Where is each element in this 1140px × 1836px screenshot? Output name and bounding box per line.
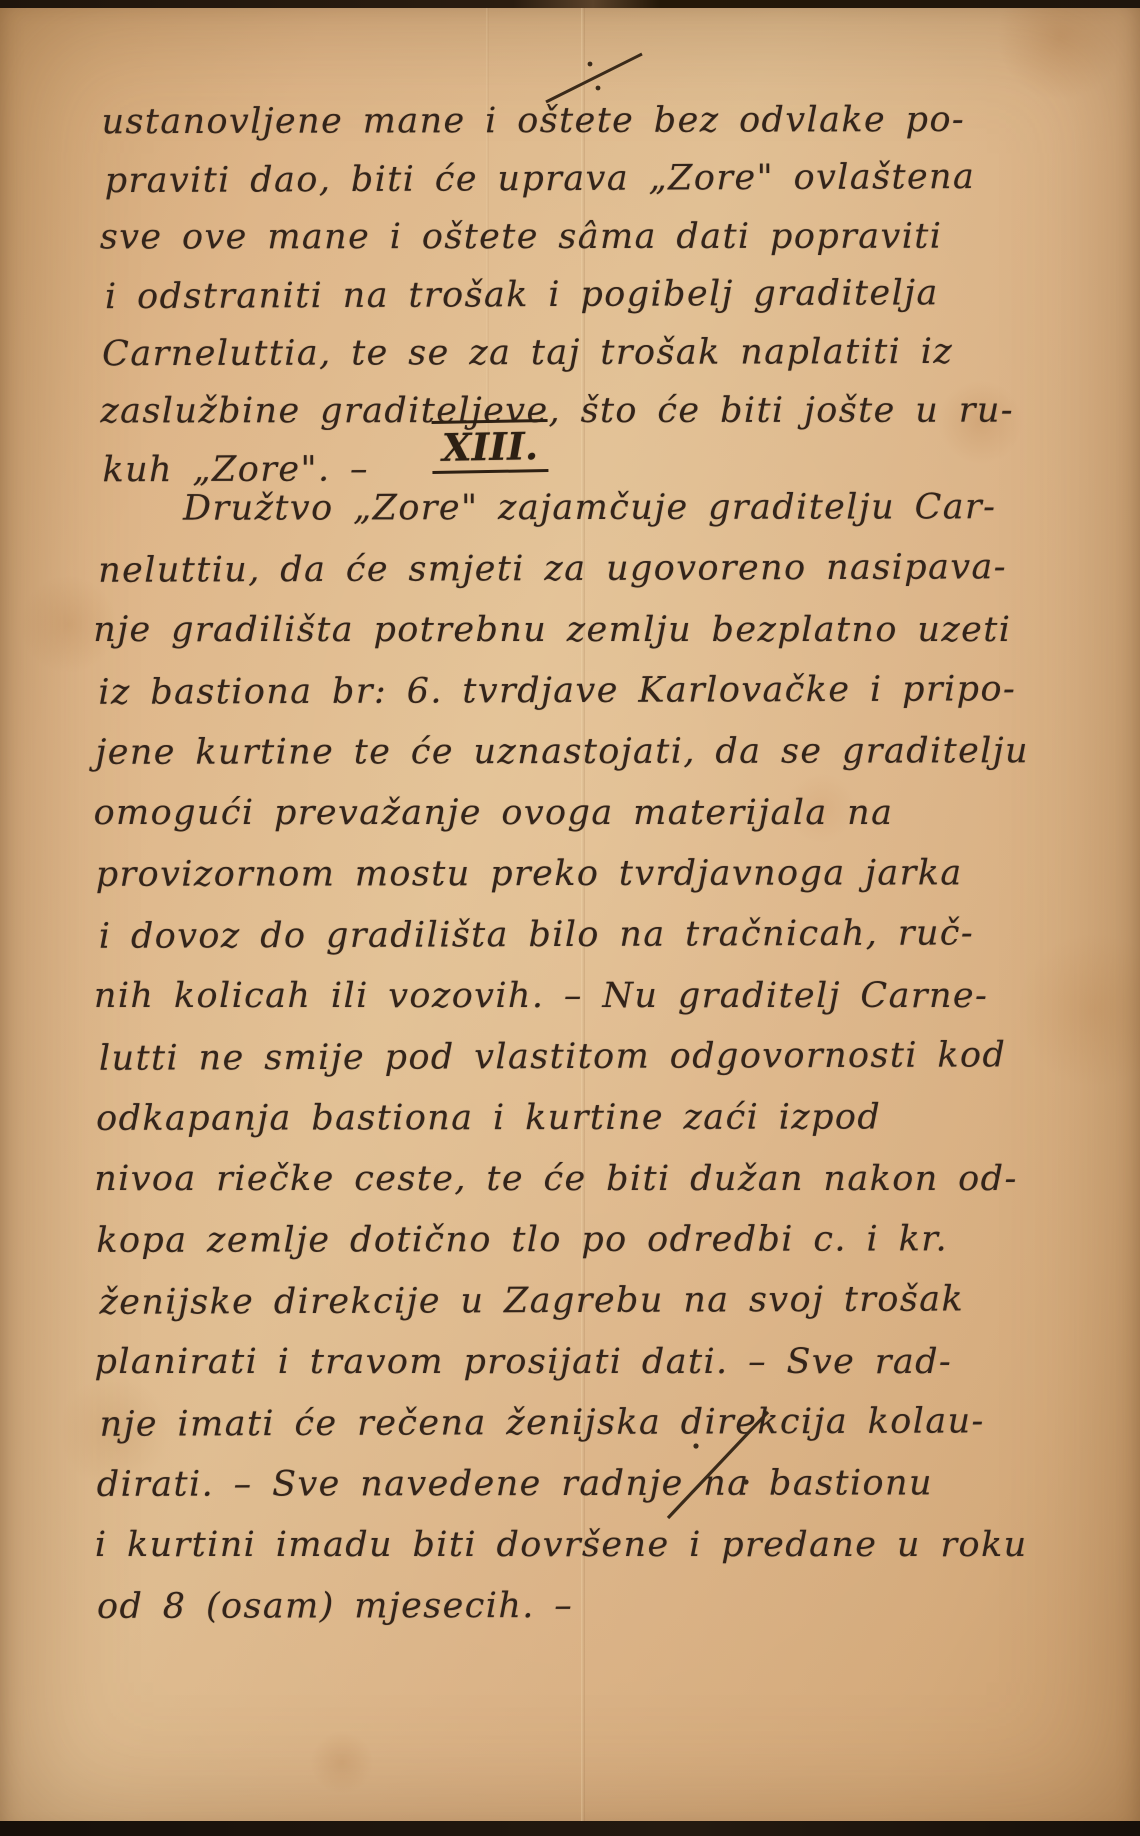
manuscript-line: nje gradilišta potrebnu zemlju bezplatno… (93, 600, 1027, 661)
page-slash-mark-bottom (650, 1400, 800, 1530)
manuscript-line: odkapanja bastiona i kurtine zaći izpod (96, 1087, 1030, 1150)
manuscript-line: lutti ne smije pod vlastitom odgovornost… (99, 1025, 1033, 1090)
manuscript-line: kopa zemlje dotično tlo po odredbi c. i … (96, 1209, 1030, 1272)
manuscript-line: ženijske direkcije u Zagrebu na svoj tro… (99, 1269, 1033, 1334)
paragraph-1: ustanovljene mane i oštete bez odvlake p… (101, 91, 1016, 499)
manuscript-line: praviti dao, biti će uprava „Zore" ovlaš… (105, 148, 1019, 210)
manuscript-line: omogući prevažanje ovoga materijala na (94, 783, 1028, 844)
manuscript-line: dirati. – Sve navedene radnje na bastion… (97, 1453, 1031, 1516)
clause-heading: XIII. (432, 419, 549, 474)
manuscript-line: Družtvo „Zore" zajamčuje graditelju Car- (95, 477, 1029, 540)
manuscript-line: ustanovljene mane i oštete bez odvlake p… (101, 91, 1015, 151)
manuscript-line: i kurtini imadu biti dovršene i predane … (95, 1515, 1029, 1576)
manuscript-line: neluttiu, da će smjeti za ugovoreno nasi… (98, 537, 1032, 602)
manuscript-line: sve ove mane i oštete sâma dati popravit… (100, 208, 1014, 267)
manuscript-page: ustanovljene mane i oštete bez odvlake p… (0, 0, 1140, 1836)
paragraph-2: Družtvo „Zore" zajamčuje graditelju Car-… (95, 477, 1031, 1638)
manuscript-line: od 8 (osam) mjesecih. – (97, 1575, 1031, 1638)
scan-edge-top (0, 0, 1140, 8)
manuscript-line: jene kurtine te će uznastojati, da se gr… (95, 721, 1029, 784)
scan-edge-bottom (0, 1821, 1140, 1836)
manuscript-line: nih kolicah ili vozovih. – Nu graditelj … (94, 966, 1028, 1027)
manuscript-line: i odstraniti na trošak i pogibelj gradit… (105, 264, 1019, 326)
manuscript-line: zaslužbine graditeljeve, što će biti još… (100, 382, 1014, 441)
manuscript-line: planirati i travom prosijati dati. – Sve… (95, 1332, 1029, 1393)
manuscript-line: Carneluttia, te se za taj trošak naplati… (102, 323, 1016, 383)
manuscript-line: provizornom mostu preko tvrdjavnoga jark… (96, 843, 1030, 906)
manuscript-line: i dovoz do gradilišta bilo na tračnicah,… (99, 903, 1033, 968)
manuscript-line: iz bastiona br: 6. tvrdjave Karlovačke i… (98, 659, 1032, 724)
manuscript-line: nivoa riečke ceste, te će biti dužan nak… (94, 1149, 1028, 1210)
manuscript-line: nje imati će rečena ženijska direkcija k… (100, 1391, 1034, 1456)
